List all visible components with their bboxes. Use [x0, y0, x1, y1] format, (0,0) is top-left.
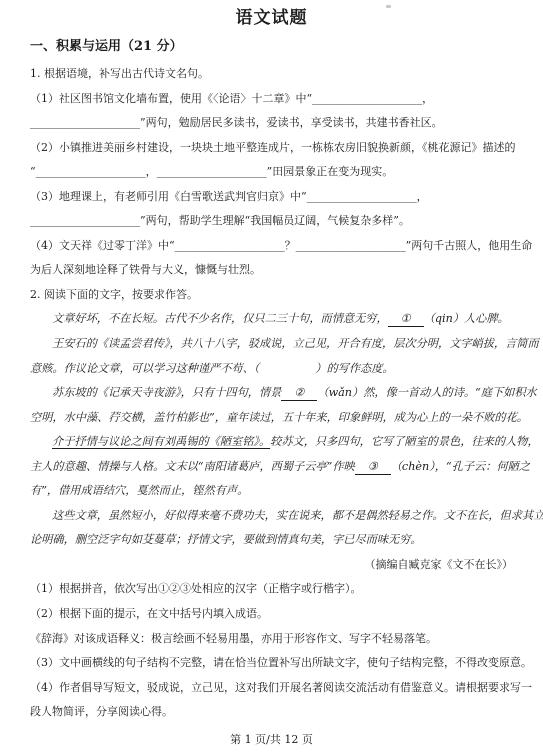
- text-segment: 苏东坡的《记承天寺夜游》，只有十四句，情景: [52, 386, 281, 399]
- text-segment: （qin）人心脾。: [424, 312, 509, 325]
- passage-para-3-line-2: 空明，水中藻、荇交横，盖竹柏影也”，童年读过，五十年来，印象鲜明，成为心上的一朵…: [30, 406, 513, 431]
- answer-blank: ③: [355, 459, 391, 475]
- page-title: 语文试题: [0, 0, 543, 29]
- passage-para-2-line-1: 王安石的《读孟尝君传》，共八十八字，驳成说，立己见，开合有度，层次分明，文字峭拔…: [30, 332, 513, 357]
- passage-para-2-line-2: 意赅。作议论文章，可以学习这种谨严不苟、（ ）的写作态度。: [30, 357, 513, 382]
- q1-item-1-line-1: （1）社区图书馆文化墙布置，使用《〈论语〉十二章》中“_____________…: [30, 87, 513, 112]
- document-lines: 1. 根据语境，补写出古代诗文名句。（1）社区图书馆文化墙布置，使用《〈论语〉十…: [0, 62, 543, 725]
- q2-sub-3: （3）文中画横线的句子结构不完整，请在恰当位置补写出所缺文字，使句子结构完整，不…: [30, 651, 513, 676]
- q2-sub-1: （1）根据拼音，依次写出①②③处相应的汉字（正楷字或行楷字）。: [30, 577, 513, 602]
- q1-item-1-line-2: ____________________”两句，勉励居民多读书，爱读书，享受读书…: [30, 111, 513, 136]
- q2-sub-4-line-1: （4）作者倡导写短文，驳成说，立己见，这对我们开展名著阅读交流活动有借鉴意义。请…: [30, 676, 513, 701]
- passage-source: （摘编自臧克家《文不在长》）: [30, 553, 513, 578]
- section-heading: 一、积累与运用（21 分）: [0, 38, 543, 56]
- q1-item-3-line-2: ____________________”两句，帮助学生理解“我国幅员辽阔，气候…: [30, 209, 513, 234]
- q2-sub-2: （2）根据下面的提示，在文中括号内填入成语。: [30, 602, 513, 627]
- exam-page: 语文试题 一、积累与运用（21 分） 1. 根据语境，补写出古代诗文名句。（1）…: [0, 0, 543, 754]
- passage-para-4-line-3: 有”，借用成语结穴，戛然而止，铿然有声。: [30, 479, 513, 504]
- passage-para-3-line-1: 苏东坡的《记承天寺夜游》，只有十四句，情景②（wǎn）然，像一首动人的诗。“庭下…: [30, 381, 513, 406]
- q1-item-4-line-2: 为后人深刻地诠释了铁骨与大义，慷慨与壮烈。: [30, 258, 513, 283]
- passage-para-5-line-2: 论明确，删空泛字句如芟蔓草；抒情文字，要做到情真句美，字已尽而味无穷。: [30, 528, 513, 553]
- q1-item-2-line-2: “____________________，__________________…: [30, 160, 513, 185]
- page-footer: 第 1 页/共 12 页: [0, 732, 543, 747]
- q2-sub-2-note: 《辞海》对该成语释义：极言绘画不轻易用墨，亦用于形容作文、写字不轻易落笔。: [30, 627, 513, 652]
- scan-artifact: [386, 5, 391, 8]
- q1-item-4-line-1: （4）文天祥《过零丁洋》中“____________________？_____…: [30, 234, 513, 259]
- text-segment: 较苏文，只多四句，它写了陋室的景色，往来的人物，: [270, 435, 539, 448]
- text-segment: （chèn），“孔子云：何陋之: [391, 460, 530, 473]
- q2-sub-4-line-2: 段人物简评，分享阅读心得。: [30, 700, 513, 725]
- text-segment: 主人的意趣、情操与人格。文末以“南阳诸葛庐，西蜀子云亭”作映: [30, 460, 355, 473]
- q1-stem: 1. 根据语境，补写出古代诗文名句。: [30, 62, 513, 87]
- answer-blank: ①: [388, 311, 424, 327]
- passage-para-4-line-1: 介于抒情与议论之间有刘禹锡的《陋室铭》。较苏文，只多四句，它写了陋室的景色，往来…: [30, 430, 513, 455]
- q2-stem: 2. 阅读下面的文字，按要求作答。: [30, 283, 513, 308]
- q1-item-2-line-1: （2）小镇推进美丽乡村建设，一块块土地平整连成片，一栋栋农房旧貌换新颜，《桃花源…: [30, 136, 513, 161]
- text-segment: （wǎn）然，像一首动人的诗。“庭下如积水: [317, 386, 536, 399]
- passage-para-1-line-1: 文章好坏，不在长短。古代不少名作，仅只二三十句，而情意无穷，①（qin）人心脾。: [30, 307, 513, 332]
- passage-para-4-line-2: 主人的意趣、情操与人格。文末以“南阳诸葛庐，西蜀子云亭”作映③（chèn），“孔…: [30, 455, 513, 480]
- text-segment: 文章好坏，不在长短。古代不少名作，仅只二三十句，而情意无穷，: [52, 312, 388, 325]
- passage-para-5-line-1: 这些文章，虽然短小，好似得来毫不费功夫，实在说来，都不是偶然轻易之作。文不在长，…: [30, 504, 513, 529]
- q1-item-3-line-1: （3）地理课上，有老师引用《白雪歌送武判官归京》中“______________…: [30, 185, 513, 210]
- answer-blank: ②: [281, 385, 317, 401]
- underlined-sentence: 介于抒情与议论之间有刘禹锡的《陋室铭》。: [52, 435, 270, 448]
